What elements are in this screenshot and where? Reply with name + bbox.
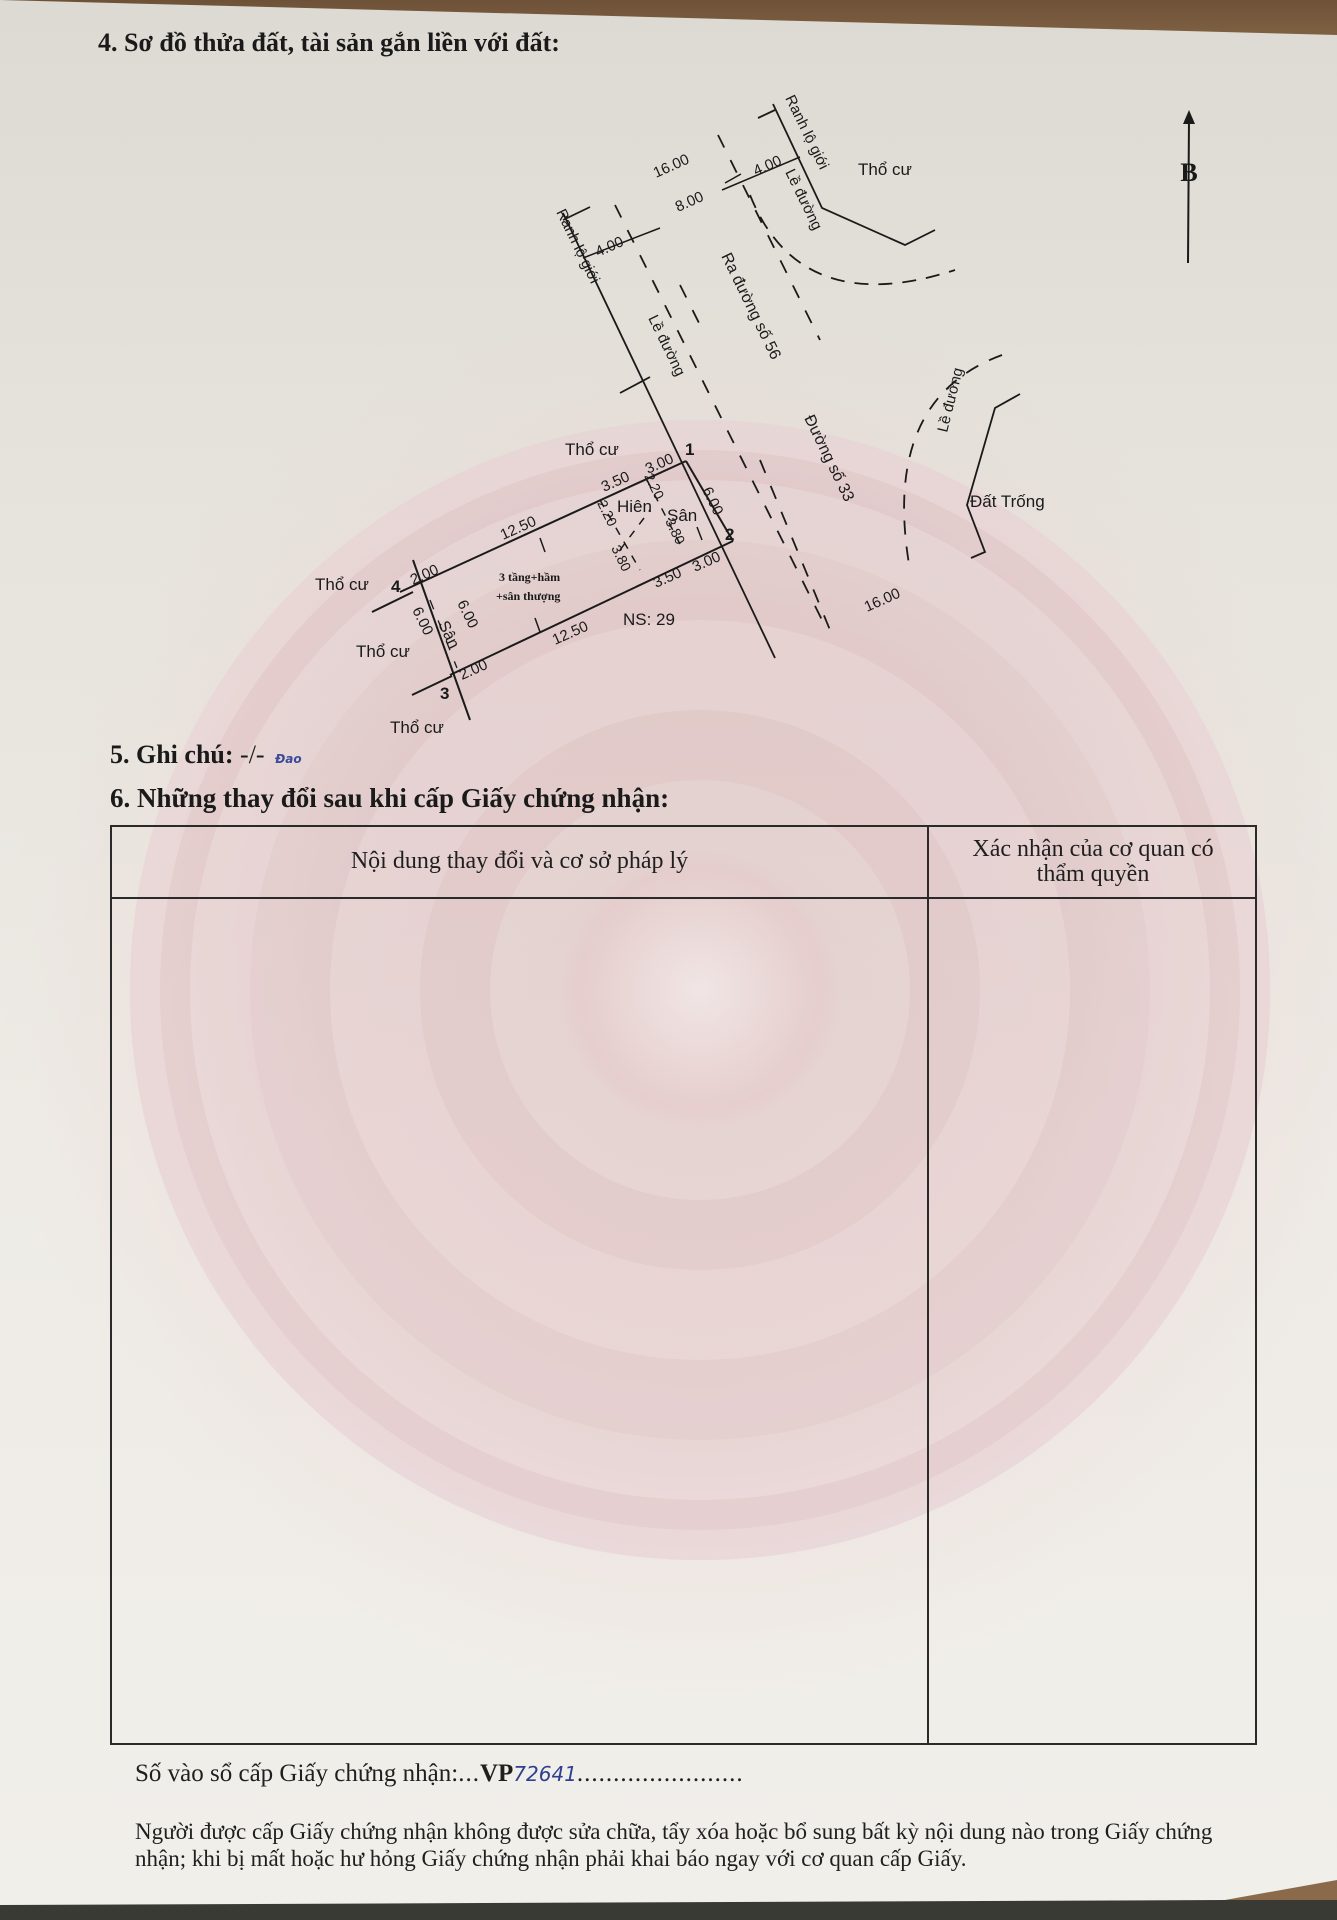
dim-top-main: 12.50	[498, 513, 539, 544]
land-parcel-diagram: B Ranh lộ giới Ranh lộ giới	[0, 0, 1337, 740]
label-tho-cu-top: Thổ cư	[565, 440, 619, 459]
label-tho-cu-left: Thổ cư	[315, 575, 369, 594]
corner-4: 4	[391, 577, 401, 596]
dim-edge-3-4: 6.00	[408, 604, 436, 638]
dim-road-lower: 16.00	[862, 585, 903, 616]
changes-table: Nội dung thay đổi và cơ sở pháp lý Xác n…	[110, 825, 1257, 1745]
section-6-title: 6. Những thay đổi sau khi cấp Giấy chứng…	[110, 783, 669, 814]
column-divider	[927, 827, 929, 1743]
handwritten-initials: Đao	[275, 752, 301, 766]
dim-bottom-rear: 2.00	[457, 656, 491, 683]
section-5-notes: 5. Ghi chú: -/- Đao	[110, 740, 302, 770]
label-le-duong-right: Lề đường	[934, 366, 966, 434]
column-header-authority-confirmation: Xác nhận của cơ quan có thẩm quyền	[929, 827, 1257, 897]
label-building-line1: 3 tầng+hầm	[499, 570, 560, 584]
dim-hien-diag-a: 3.80	[608, 542, 634, 574]
dim-rear-yard: 6.00	[453, 597, 481, 631]
label-hien: Hiên	[617, 497, 652, 516]
registration-label: Số vào sổ cấp Giấy chứng nhận:	[135, 1760, 458, 1787]
registration-prefix: VP	[480, 1760, 513, 1787]
corner-3: 3	[440, 684, 449, 703]
dim-road-total: 16.00	[651, 151, 692, 182]
dim-sidewalk-left: 4.00	[593, 233, 627, 260]
dim-bottom-front: 3.00	[690, 548, 724, 575]
label-ranh-lo-gioi-right: Ranh lộ giới	[781, 92, 832, 172]
legal-notice: Người được cấp Giấy chứng nhận không đượ…	[135, 1818, 1245, 1872]
label-tho-cu-top-right: Thổ cư	[858, 160, 912, 179]
label-san-back: Sân	[434, 618, 462, 651]
registration-trailing-dots: .......................	[577, 1760, 744, 1787]
dim-carriageway: 8.00	[673, 188, 707, 215]
notes-label: 5. Ghi chú:	[110, 740, 234, 769]
dim-bottom-hien: 3.50	[651, 564, 685, 591]
registration-number-line: Số vào sổ cấp Giấy chứng nhận:...VP72641…	[135, 1760, 744, 1788]
dim-top-rear: 2.00	[408, 561, 442, 588]
label-ra-duong-56: Ra đường số 56	[717, 250, 783, 362]
corner-2: 2	[725, 525, 734, 544]
label-le-duong-left: Lề đường	[644, 312, 688, 379]
corner-1: 1	[685, 440, 694, 459]
dim-bottom-main: 12.50	[550, 618, 591, 649]
registration-leader: ...	[458, 1760, 480, 1787]
label-building-line2: +sân thượng	[496, 589, 560, 603]
label-ns: NS: 29	[623, 610, 675, 629]
header-divider	[112, 897, 1255, 899]
dim-sidewalk-right: 4.00	[751, 152, 785, 179]
label-duong-33: Đường số 33	[800, 412, 857, 504]
dim-top-hien: 3.50	[599, 468, 633, 495]
column-header-change-content: Nội dung thay đổi và cơ sở pháp lý	[112, 827, 927, 897]
label-tho-cu-left2: Thổ cư	[356, 642, 410, 661]
authority-header-text: Xác nhận của cơ quan có thẩm quyền	[968, 837, 1218, 887]
notes-value: -/-	[240, 740, 265, 769]
label-tho-cu-bottom: Thổ cư	[390, 718, 444, 737]
registration-number: 72641	[513, 1762, 577, 1786]
dim-edge-1-2: 6.00	[698, 484, 726, 518]
label-dat-trong: Đất Trống	[970, 492, 1045, 511]
north-label: B	[1180, 158, 1197, 187]
